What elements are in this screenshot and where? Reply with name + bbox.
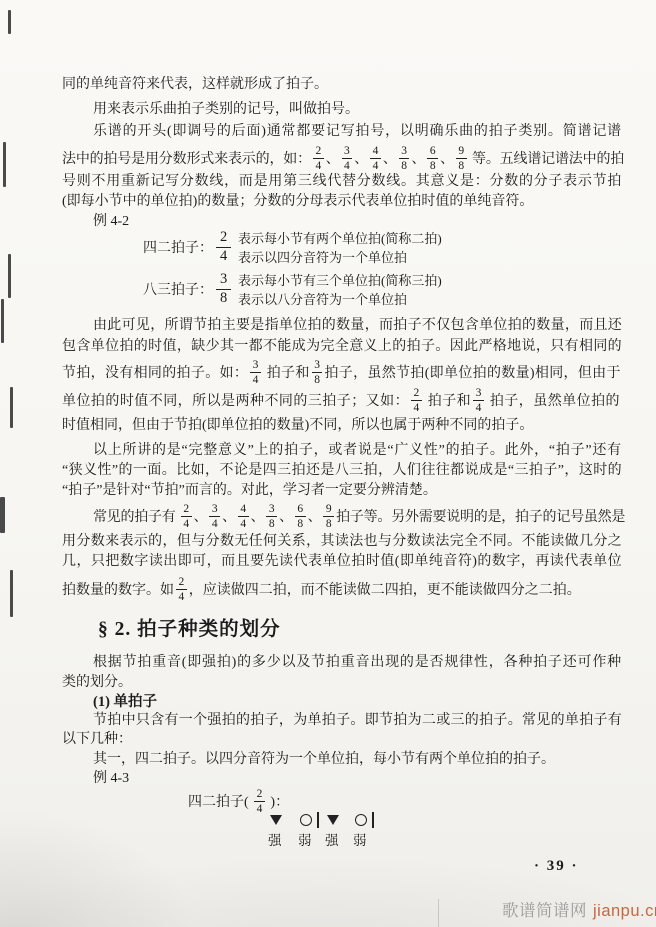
fraction-numerator: 2 (216, 230, 231, 248)
text-line: 类的划分。 (62, 673, 132, 693)
beat-strength-label: 强 (268, 829, 282, 849)
beat-strength-label: 强 (325, 829, 339, 849)
time-signature-fraction: 34 (250, 359, 261, 386)
fraction-numerator: 3 (312, 359, 323, 373)
barline-icon (317, 812, 319, 828)
subheading: (1) 单拍子 (62, 692, 157, 713)
time-signature-fraction: 38 (312, 359, 323, 386)
beat-labels-row: 强弱强弱 (62, 829, 622, 849)
page-number: · 39 · (534, 858, 579, 875)
binding-mark (0, 497, 5, 533)
example-fraction-wrap: 24 (214, 231, 233, 265)
fraction-numerator: 3 (342, 145, 353, 159)
fraction-numerator: 2 (313, 145, 324, 159)
example-desc-numerator: 表示每小节有三个单位拍(简称三拍) (238, 270, 442, 289)
fraction-denominator: 8 (427, 159, 438, 172)
text-line: 其一，四二拍子。以四分音符为一个单位拍，每小节有两个单位拍的拍子。 (62, 750, 555, 770)
fraction-numerator: 2 (176, 576, 187, 590)
fraction-denominator: 8 (399, 159, 410, 172)
time-signature-fraction: 38 (216, 272, 231, 306)
time-signature-fraction: 34 (473, 387, 484, 414)
example-row-label: 四二拍子： (143, 237, 213, 257)
fraction-numerator: 2 (411, 387, 422, 401)
binding-mark (1, 299, 4, 343)
fraction-numerator: 3 (209, 503, 220, 517)
fraction-numerator: 3 (399, 145, 410, 159)
text-line: 法中的拍号是用分数形式来表示的，如：24、34、44、38、68、98 等。五线… (62, 146, 624, 173)
text-line: 根据节拍重音(即强拍)的多少以及节拍重音出现的是否规律性，各种拍子还可作种 (62, 653, 622, 673)
weak-beat-icon (355, 814, 367, 826)
fraction-denominator: 8 (323, 517, 334, 530)
scanned-page: 同的单纯音符来代表，这样就形成了拍子。用来表示乐曲拍子类别的记号，叫做拍号。乐谱… (0, 0, 656, 927)
fraction-denominator: 8 (295, 517, 306, 530)
fraction-denominator: 4 (342, 159, 353, 172)
fraction-numerator: 2 (254, 788, 265, 802)
beat-strength-label: 弱 (353, 829, 367, 849)
time-signature-fraction: 24 (216, 230, 231, 264)
watermark-domain-link[interactable]: jianpu.cn (593, 902, 656, 920)
fraction-numerator: 9 (323, 503, 334, 517)
fraction-denominator: 8 (312, 373, 323, 386)
time-signature-fraction: 38 (399, 145, 410, 172)
text-line: 以下几种： (62, 730, 132, 750)
time-signature-fraction: 24 (411, 387, 422, 414)
example-desc-denominator: 表示以四分音符为一个单位拍 (238, 247, 407, 266)
fraction-denominator: 4 (411, 401, 422, 414)
text-line: 号则不用重新记写分数线，而是用第三线代替分数线。其意义是：分数的分子表示节拍 (62, 172, 622, 192)
watermark-site-name: 歌谱简谱网 (502, 902, 587, 920)
binding-mark (8, 254, 11, 298)
strong-beat-icon (327, 815, 339, 825)
time-signature-fraction: 38 (266, 503, 277, 530)
section-heading: § 2. 拍子种类的划分 (98, 620, 281, 642)
time-signature-fraction: 34 (209, 503, 220, 530)
example-row-three-eight: 八三拍子：38表示每小节有三个单位拍(简称三拍)表示以八分音符为一个单位拍 (62, 270, 622, 314)
strong-beat-icon (270, 815, 282, 825)
example-fraction-wrap: 38 (214, 273, 233, 307)
text-line: 以上所讲的是“完整意义”上的拍子，或者说是“广义性”的拍子。此外，“拍子”还有 (62, 441, 622, 461)
text-line: (即每小节中的单位拍)的数量；分数的分母表示代表单位拍时值的单纯音符。 (62, 192, 533, 212)
page-content: 同的单纯音符来代表，这样就形成了拍子。用来表示乐曲拍子类别的记号，叫做拍号。乐谱… (62, 0, 622, 927)
fraction-numerator: 4 (370, 145, 381, 159)
fraction-denominator: 4 (313, 159, 324, 172)
binding-mark (8, 10, 11, 34)
fraction-denominator: 8 (456, 159, 467, 172)
text-line: 用来表示乐曲拍子类别的记号，叫做拍号。 (62, 100, 359, 120)
fraction-numerator: 9 (456, 145, 467, 159)
beat-strength-label: 弱 (298, 829, 312, 849)
time-signature-fraction: 68 (427, 145, 438, 172)
text-line: 拍数量的数字。如24，应读做四二拍，而不能读做二四拍，更不能读做四分之二拍。 (62, 577, 581, 604)
text-line: 包含单位拍的时值，缺少其一都不能成为完全意义上的拍子。因此严格地说，只有相同的 (62, 337, 622, 357)
fraction-numerator: 6 (295, 503, 306, 517)
fraction-denominator: 4 (238, 517, 249, 530)
binding-mark (10, 570, 13, 617)
time-signature-fraction: 24 (313, 145, 324, 172)
watermark: 歌谱简谱网jianpu.cn (502, 897, 656, 921)
fraction-denominator: 4 (216, 248, 231, 264)
fraction-numerator: 3 (473, 387, 484, 401)
weak-beat-icon (300, 814, 312, 826)
text-line: 乐谱的开头(即调号的后面)通常都要记写拍号，以明确乐曲的拍子类别。简谱记谱 (62, 122, 622, 142)
example-row-label: 八三拍子： (143, 279, 213, 299)
time-signature-fraction: 44 (238, 503, 249, 530)
time-signature-fraction: 24 (176, 576, 187, 603)
fraction-denominator: 4 (250, 373, 261, 386)
example-desc-numerator: 表示每小节有两个单位拍(简称二拍) (238, 228, 442, 247)
fraction-denominator: 4 (209, 517, 220, 530)
text-line: 时值相同，但由于节拍(即单位拍的数量)不同，所以也属于两种不同的拍子。 (62, 416, 533, 436)
fraction-numerator: 4 (238, 503, 249, 517)
fraction-denominator: 4 (181, 517, 192, 530)
fraction-denominator: 8 (266, 517, 277, 530)
fraction-numerator: 6 (427, 145, 438, 159)
text-line: 常见的拍子有 24、34、44、38、68、98拍子等。另外需要说明的是，拍子的… (62, 504, 625, 531)
text-line: 用分数来表示的，但与分数无任何关系，其读法也与分数读法完全不同。不能读做几分之 (62, 532, 622, 552)
fraction-denominator: 4 (473, 401, 484, 414)
binding-mark (3, 142, 6, 187)
fraction-denominator: 4 (370, 159, 381, 172)
time-signature-fraction: 34 (342, 145, 353, 172)
example-label-line: 例 4-3 (62, 769, 129, 789)
time-signature-fraction: 98 (323, 503, 334, 530)
text-line: 节拍中只含有一个强拍的拍子，为单拍子。即节拍为二或三的拍子。常见的单拍子有 (62, 711, 622, 731)
fraction-denominator: 4 (176, 590, 187, 603)
text-line: 几，只把数字读出即可，而且要先读代表单位拍时值(即单纯音符)的数字，再读代表单位 (62, 552, 622, 572)
example-desc-denominator: 表示以八分音符为一个单位拍 (238, 289, 407, 308)
time-signature-fraction: 68 (295, 503, 306, 530)
text-line: “拍子”是针对“节拍”而言的。对此，学习者一定要分辨清楚。 (62, 481, 437, 501)
text-line: 由此可见，所谓节拍主要是指单位拍的数量，而拍子不仅包含单位拍的数量，而且还 (62, 316, 622, 336)
fraction-numerator: 3 (250, 359, 261, 373)
barline-icon (372, 812, 374, 828)
fraction-denominator: 8 (216, 290, 231, 306)
text-line: “狭义性”的一面。比如，不论是四三拍还是八三拍，人们往往都说成是“三拍子”，这时… (62, 461, 622, 481)
example-row-two-four: 四二拍子：24表示每小节有两个单位拍(简称二拍)表示以四分音符为一个单位拍 (62, 228, 622, 272)
text-line: 节拍，没有相同的拍子。如：34 拍子和38拍子，虽然节拍(即单位拍的数量)相同，… (62, 360, 621, 387)
fraction-numerator: 3 (266, 503, 277, 517)
time-signature-fraction: 44 (370, 145, 381, 172)
fraction-numerator: 2 (181, 503, 192, 517)
time-signature-fraction: 98 (456, 145, 467, 172)
text-line: 同的单纯音符来代表，这样就形成了拍子。 (62, 75, 328, 95)
binding-mark (10, 387, 13, 428)
fraction-numerator: 3 (216, 272, 231, 290)
text-line: 单位拍的时值不同，所以是两种不同的三拍子；又如：24 拍子和34 拍子，虽然单位… (62, 388, 620, 415)
time-signature-fraction: 24 (181, 503, 192, 530)
